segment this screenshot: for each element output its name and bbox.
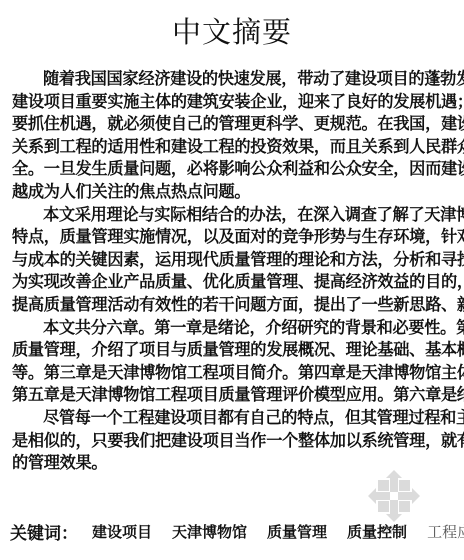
paragraph-2-line-2: 特点，质量管理实施情况，以及面对的竞争形势与生存环境，针对影响产品质量 [12,226,454,249]
paragraph-3-line-4: 第五章是天津博物馆工程项目质量管理评价模型应用。第六章是结论。 [12,384,454,407]
paragraph-1-line-2: 建设项目重要实施主体的建筑安装企业，迎来了良好的发展机遇；建筑安装企业 [12,91,454,114]
zhulong-logo-icon [368,470,420,522]
paragraph-4-line-2: 是相似的，只要我们把建设项目当作一个整体加以系统管理，就有可能取得良好 [12,430,454,453]
keywords-label: 关键词： [10,519,78,544]
paragraph-1-line-1: 随着我国国家经济建设的快速发展，带动了建设项目的蓬勃发展。作为工程 [12,68,454,91]
keywords-row: 关键词： 建设项目 天津博物馆 质量管理 质量控制 工程应用 [10,518,460,544]
keyword-item: 质量控制 [347,521,407,542]
keyword-item: 质量管理 [267,521,327,542]
paragraph-4-line-1: 尽管每一个工程建设项目都有自己的特点，但其管理过程和主要的管理环节 [12,407,454,430]
keyword-item: 建设项目 [92,521,152,542]
paragraph-1-line-6: 越成为人们关注的焦点热点问题。 [12,181,454,204]
abstract-body: 随着我国国家经济建设的快速发展，带动了建设项目的蓬勃发展。作为工程 建设项目重要… [12,68,454,475]
paragraph-2-line-5: 提高质量管理活动有效性的若干问题方面，提出了一些新思路、新方法和新策略。 [12,294,454,317]
keyword-item: 天津博物馆 [172,521,247,542]
paragraph-1-line-5: 全。一旦发生质量问题，必将影响公众利益和公众安全，因而建设工程质量越来 [12,158,454,181]
paragraph-1-line-3: 要抓住机遇，就必须使自己的管理更科学、更规范。在我国，建设工程质量不仅 [12,113,454,136]
paragraph-3-line-1: 本文共分六章。第一章是绪论，介绍研究的背景和必要性。第二章是项目与 [12,317,454,340]
paragraph-3-line-2: 质量管理，介绍了项目与质量管理的发展概况、理论基础、基本概念、基本内容 [12,339,454,362]
paragraph-3-line-3: 等。第三章是天津博物馆工程项目简介。第四章是天津博物馆主体工程质量控制。 [12,362,454,385]
keyword-item: 工程应用 [427,521,464,542]
paragraph-2-line-1: 本文采用理论与实际相结合的办法，在深入调查了解了天津博物馆建设项目 [12,204,454,227]
paragraph-2-line-3: 与成本的关键因素，运用现代质量管理的理论和方法，分析和寻找存在的问题， [12,249,454,272]
paragraph-2-line-4: 为实现改善企业产品质量、优化质量管理、提高经济效益的目的，在探讨、研究 [12,271,454,294]
paragraph-1-line-4: 关系到工程的适用性和建设工程的投资效果，而且关系到人民群众生命财产安 [12,136,454,159]
page-title: 中文摘要 [0,10,464,51]
